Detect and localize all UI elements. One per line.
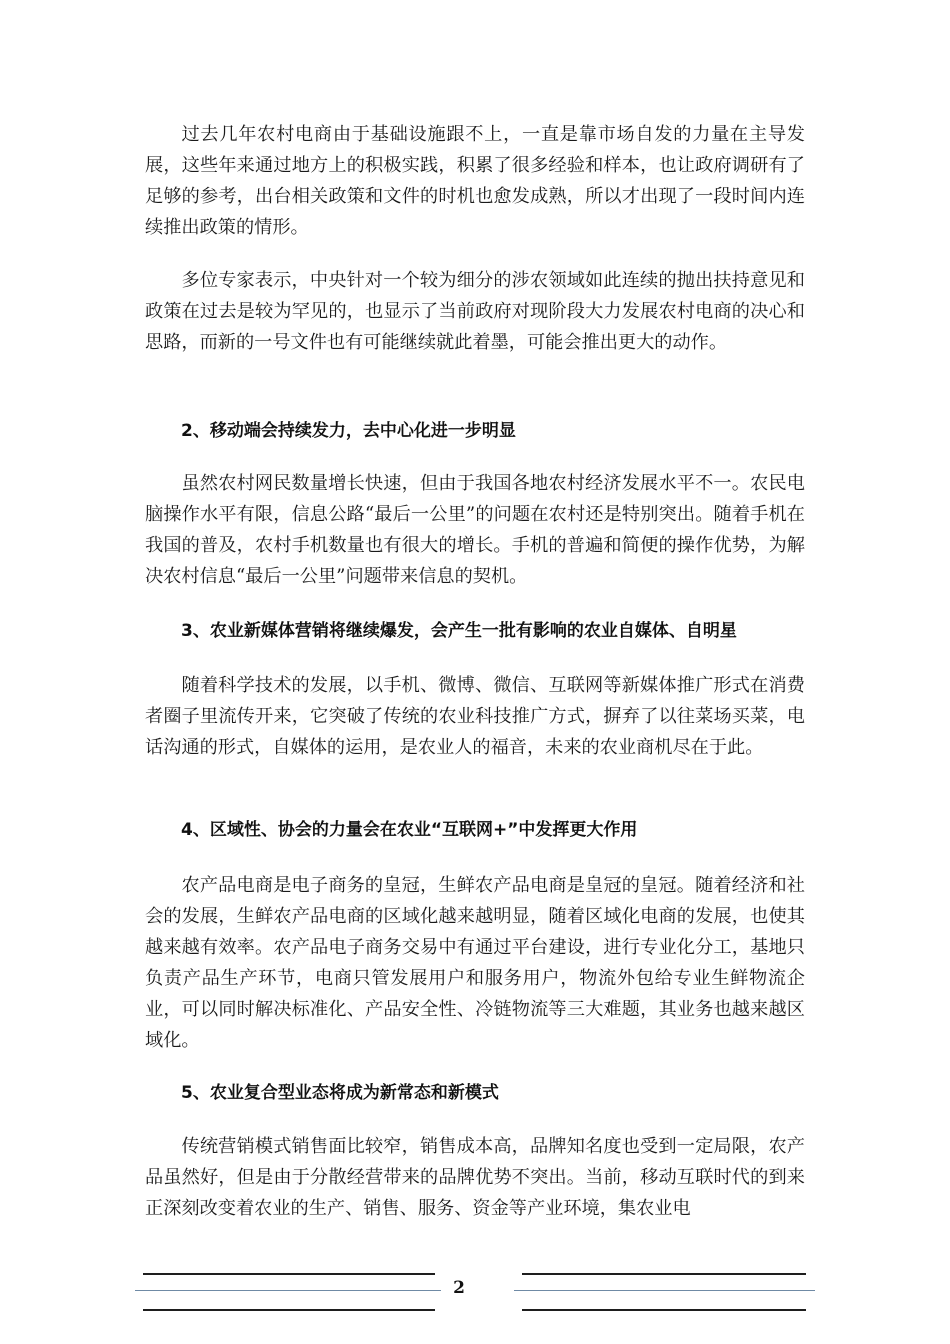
body-paragraph: 多位专家表示，中央针对一个较为细分的涉农领域如此连续的抛出扶持意见和政策在过去是… (145, 265, 805, 358)
body-paragraph: 随着科学技术的发展，以手机、微博、微信、互联网等新媒体推广形式在消费者圈子里流传… (145, 670, 805, 763)
footer-rule-bottom-right (522, 1309, 806, 1311)
footer-rule-bottom-left (143, 1309, 435, 1311)
body-paragraph: 虽然农村网民数量增长快速，但由于我国各地农村经济发展水平不一。农民电脑操作水平有… (145, 468, 805, 592)
section-heading: 2、移动端会持续发力，去中心化进一步明显 (145, 416, 805, 447)
footer-rule-top-left (143, 1273, 435, 1275)
document-page: 过去几年农村电商由于基础设施跟不上，一直是靠市场自发的力量在主导发展，这些年来通… (0, 0, 950, 1344)
section-heading: 3、农业新媒体营销将继续爆发，会产生一批有影响的农业自媒体、自明星 (145, 616, 805, 647)
section-heading: 5、农业复合型业态将成为新常态和新模式 (145, 1078, 805, 1109)
page-number: 2 (448, 1278, 470, 1298)
section-heading: 4、区域性、协会的力量会在农业“互联网+”中发挥更大作用 (145, 815, 805, 846)
footer-rule-middle-left (135, 1290, 441, 1291)
body-paragraph: 过去几年农村电商由于基础设施跟不上，一直是靠市场自发的力量在主导发展，这些年来通… (145, 119, 805, 243)
footer-rule-middle-right (514, 1290, 815, 1291)
body-paragraph: 传统营销模式销售面比较窄，销售成本高，品牌知名度也受到一定局限，农产品虽然好，但… (145, 1131, 805, 1224)
body-paragraph: 农产品电商是电子商务的皇冠，生鲜农产品电商是皇冠的皇冠。随着经济和社会的发展，生… (145, 870, 805, 1056)
footer-rule-top-right (522, 1273, 806, 1275)
